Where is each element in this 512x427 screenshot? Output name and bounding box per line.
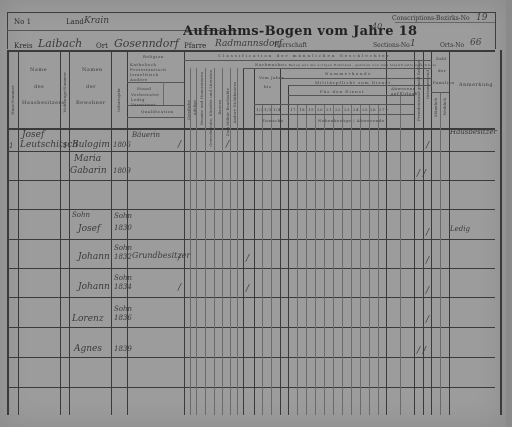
- subcol-line: [369, 104, 370, 415]
- year-col: 20: [317, 107, 323, 112]
- class-col-header: Bauern: [217, 100, 222, 115]
- pfarre-label: Pfarre: [184, 42, 206, 50]
- male-col-header: Männlich: [433, 98, 438, 117]
- birth-year: 1830: [114, 224, 132, 232]
- householder-name: Leutschitsch: [20, 140, 78, 150]
- tally-mark: /: [426, 228, 429, 238]
- zahl-header: der: [438, 68, 446, 73]
- row-line: [7, 209, 495, 210]
- table-top-border: [7, 50, 495, 52]
- row-line: [7, 327, 495, 328]
- sub-header-4: Für den Dienst: [320, 89, 364, 94]
- subcol-line: [360, 104, 361, 415]
- resident-name: Johann: [78, 252, 110, 262]
- col-line: [423, 50, 424, 415]
- subcol-line: [351, 104, 352, 415]
- remarks-header: Anmerkung: [459, 82, 493, 88]
- resident-name: Bulogim: [72, 140, 110, 150]
- header-line: [254, 104, 414, 105]
- col-line: [431, 50, 432, 415]
- pfarre-value: Radmannsdorf: [215, 39, 282, 49]
- kreis-label: Kreis: [14, 42, 33, 50]
- col-line: [69, 50, 70, 415]
- sections-value: 1: [410, 39, 416, 49]
- land-value: Krain: [84, 16, 109, 26]
- class-col-header: Adelige: [192, 100, 197, 115]
- tally-mark: /: [426, 315, 429, 325]
- remarks: Ledig: [450, 225, 470, 233]
- subcol-line: [297, 104, 298, 415]
- class-col-header: Geistliche: [186, 100, 191, 120]
- header-line: [243, 68, 432, 69]
- class-col-header: Beamte und Honoratioren: [199, 72, 204, 125]
- birth-note: Sohn: [114, 274, 132, 282]
- subcol-line: [378, 104, 379, 415]
- conscription-label: Conscriptions-Bezirks-No: [392, 15, 470, 22]
- sections-label: Sections-No: [373, 42, 410, 49]
- status-row: Verwitwet: [131, 102, 156, 107]
- subcol-line: [342, 104, 343, 415]
- census-sheet: No 1 Land Krain Aufnahms-Bogen vom Jahre…: [0, 0, 506, 427]
- sub-header-2: Nummerkunde: [325, 71, 372, 76]
- birth-year: 1806: [113, 141, 131, 149]
- religion-header: Religion: [143, 54, 164, 59]
- subcol-line: [306, 104, 307, 415]
- zahl-header: Zahl: [436, 56, 447, 61]
- resident-name: Josef: [78, 224, 100, 234]
- age-col: 1/3: [264, 107, 272, 112]
- year-col: 21: [326, 107, 332, 112]
- header-line: [127, 82, 184, 83]
- resident-header-3: Bewohner: [76, 100, 106, 106]
- header-bottom-border: [7, 128, 495, 130]
- sheet-number: No 1: [14, 18, 31, 26]
- row-line: [7, 297, 495, 298]
- subcol-line: [237, 68, 238, 415]
- year-col: 26: [370, 107, 376, 112]
- family-number-header: Wohnungs-Nummer: [62, 72, 67, 112]
- year-col: 17: [290, 107, 296, 112]
- header-line: [254, 114, 414, 115]
- resident-relation: Sohn: [72, 211, 90, 219]
- orts-value: 66: [470, 38, 481, 48]
- year-col: 22: [335, 107, 341, 112]
- kreis-value: Laibach: [38, 37, 82, 50]
- subcol-line: [440, 92, 441, 415]
- zuwachs-label: Zuwachs: [262, 118, 284, 123]
- col-line: [254, 68, 255, 415]
- header-line: [184, 60, 432, 61]
- classification-header: Classification der männlichen Geschlecht…: [218, 53, 390, 58]
- householder-header-1: Name: [30, 67, 47, 73]
- sub-header-1: In Bezug auf die vorigen Rubriken, gehör…: [283, 63, 436, 67]
- page-edge: [506, 0, 512, 427]
- bis-label: bis: [264, 84, 271, 89]
- resident-name: Lorenz: [72, 314, 104, 324]
- year-col: 23: [344, 107, 350, 112]
- resident-first: Maria: [74, 154, 101, 164]
- tally-mark: /: [426, 141, 429, 151]
- class-col-header: Zum Militär Beurlaubte: [225, 88, 230, 136]
- ort-value: Gosenndorf: [114, 37, 179, 50]
- tally-mark: /: [426, 256, 429, 266]
- reserve-label: Nebenbezüge / Abwesende: [318, 118, 384, 123]
- resident-header-2: der: [86, 84, 96, 90]
- subcol-line: [205, 68, 206, 415]
- subcol-line: [400, 92, 401, 415]
- year-col: 25: [362, 107, 368, 112]
- row-line: [7, 357, 495, 358]
- subcol-line: [214, 68, 215, 415]
- ort-label: Ort: [96, 42, 108, 50]
- subcol-line: [262, 104, 263, 415]
- birth-year: 1839: [114, 345, 132, 353]
- status-header: Stand: [137, 86, 151, 91]
- col-line: [500, 50, 502, 415]
- birth-note: Sohn: [114, 212, 132, 220]
- qualification: Bäuerin: [132, 131, 160, 139]
- religion-row: Andere: [130, 77, 148, 82]
- birth-year: 1836: [114, 314, 132, 322]
- class-col-header: Gewerbsleute, Künstler und Literaten: [208, 70, 213, 147]
- row-line: [7, 151, 495, 152]
- house-number: 1: [9, 142, 13, 150]
- vom-jahr-label: Vom Jahre: [259, 75, 284, 80]
- conscription-value: 19: [476, 13, 487, 23]
- tally-mark: /: [178, 140, 181, 150]
- right-vertical-header: Ortsanwesend: [425, 70, 430, 99]
- nachwuchs-header: Nachwuchs: [255, 62, 283, 67]
- birth-year-header: Geburtsjahr: [116, 88, 121, 112]
- birth-year: 1809: [113, 167, 131, 175]
- resident-name: Johann: [78, 282, 110, 292]
- year-value: 40: [372, 22, 382, 31]
- tally-mark: /: [178, 283, 181, 293]
- col-line: [243, 68, 244, 415]
- header-line: [127, 117, 184, 118]
- year-col: 18: [299, 107, 305, 112]
- householder-first: Josef: [22, 130, 44, 140]
- birth-note: Sohn: [114, 244, 132, 252]
- year-col: 27+: [379, 107, 389, 112]
- householder-header-3: Hausbesitzers: [22, 100, 65, 106]
- urlaub-label: auf Urlaub: [391, 91, 418, 96]
- family-number: 1: [63, 142, 67, 150]
- row-line: [7, 180, 495, 181]
- tally-mark: /: [246, 284, 249, 294]
- row-line: [7, 387, 495, 388]
- tally-mark: /: [426, 286, 429, 296]
- subcol-line: [271, 104, 272, 415]
- row-line: [7, 268, 495, 269]
- col-line: [288, 85, 289, 415]
- subcol-line: [222, 68, 223, 415]
- birth-note: Sohn: [114, 305, 132, 313]
- right-vertical-header: Fremdenstand gemäß Beilage: [416, 60, 421, 121]
- resident-name: Gabarin: [70, 166, 107, 176]
- remarks: Hausbesitzer: [450, 128, 497, 136]
- row-line: [7, 239, 495, 240]
- herrschaft-label: Herrschaft: [274, 42, 307, 49]
- age-col: 1/4: [273, 107, 281, 112]
- class-col-header: Andere Nichtbauern: [232, 82, 237, 124]
- tally-mark: /: [246, 254, 249, 264]
- col-line: [18, 50, 19, 415]
- year-col: 24: [353, 107, 359, 112]
- header-line: [431, 92, 449, 93]
- land-label: Land: [66, 18, 84, 26]
- birth-year: 1834: [114, 283, 132, 291]
- tally-mark: /: [226, 140, 229, 150]
- birth-year: 1832: [114, 253, 132, 261]
- orts-label: Orts-No: [440, 42, 464, 49]
- tally-mark: / /: [417, 346, 426, 356]
- subcol-line: [315, 104, 316, 415]
- col-line: [7, 50, 9, 415]
- subcol-line: [230, 68, 231, 415]
- householder-header-2: des: [34, 84, 44, 90]
- subcol-line: [163, 82, 164, 105]
- subcol-line: [196, 68, 197, 415]
- col-line: [414, 50, 415, 415]
- header-line: [280, 78, 432, 79]
- female-col-header: Weiblich: [442, 98, 447, 115]
- qualification: Grundbesitzer: [132, 251, 190, 260]
- col-line: [184, 50, 185, 415]
- sub-header-3: Militärpflicht zum Dienst: [315, 80, 391, 85]
- qualification-header: Qualification: [141, 109, 174, 114]
- subcol-line: [333, 104, 334, 415]
- resident-name: Agnes: [74, 344, 102, 354]
- age-col: 1/2: [256, 107, 264, 112]
- resident-header-1: Namen: [82, 67, 103, 73]
- tally-mark: /: [178, 253, 181, 263]
- house-number-header: Haus-Nummer: [10, 85, 15, 115]
- subcol-line: [324, 104, 325, 415]
- zahl-header: Familien: [433, 80, 454, 85]
- year-col: 19: [308, 107, 314, 112]
- col-line: [111, 50, 112, 415]
- tally-mark: / /: [417, 169, 426, 179]
